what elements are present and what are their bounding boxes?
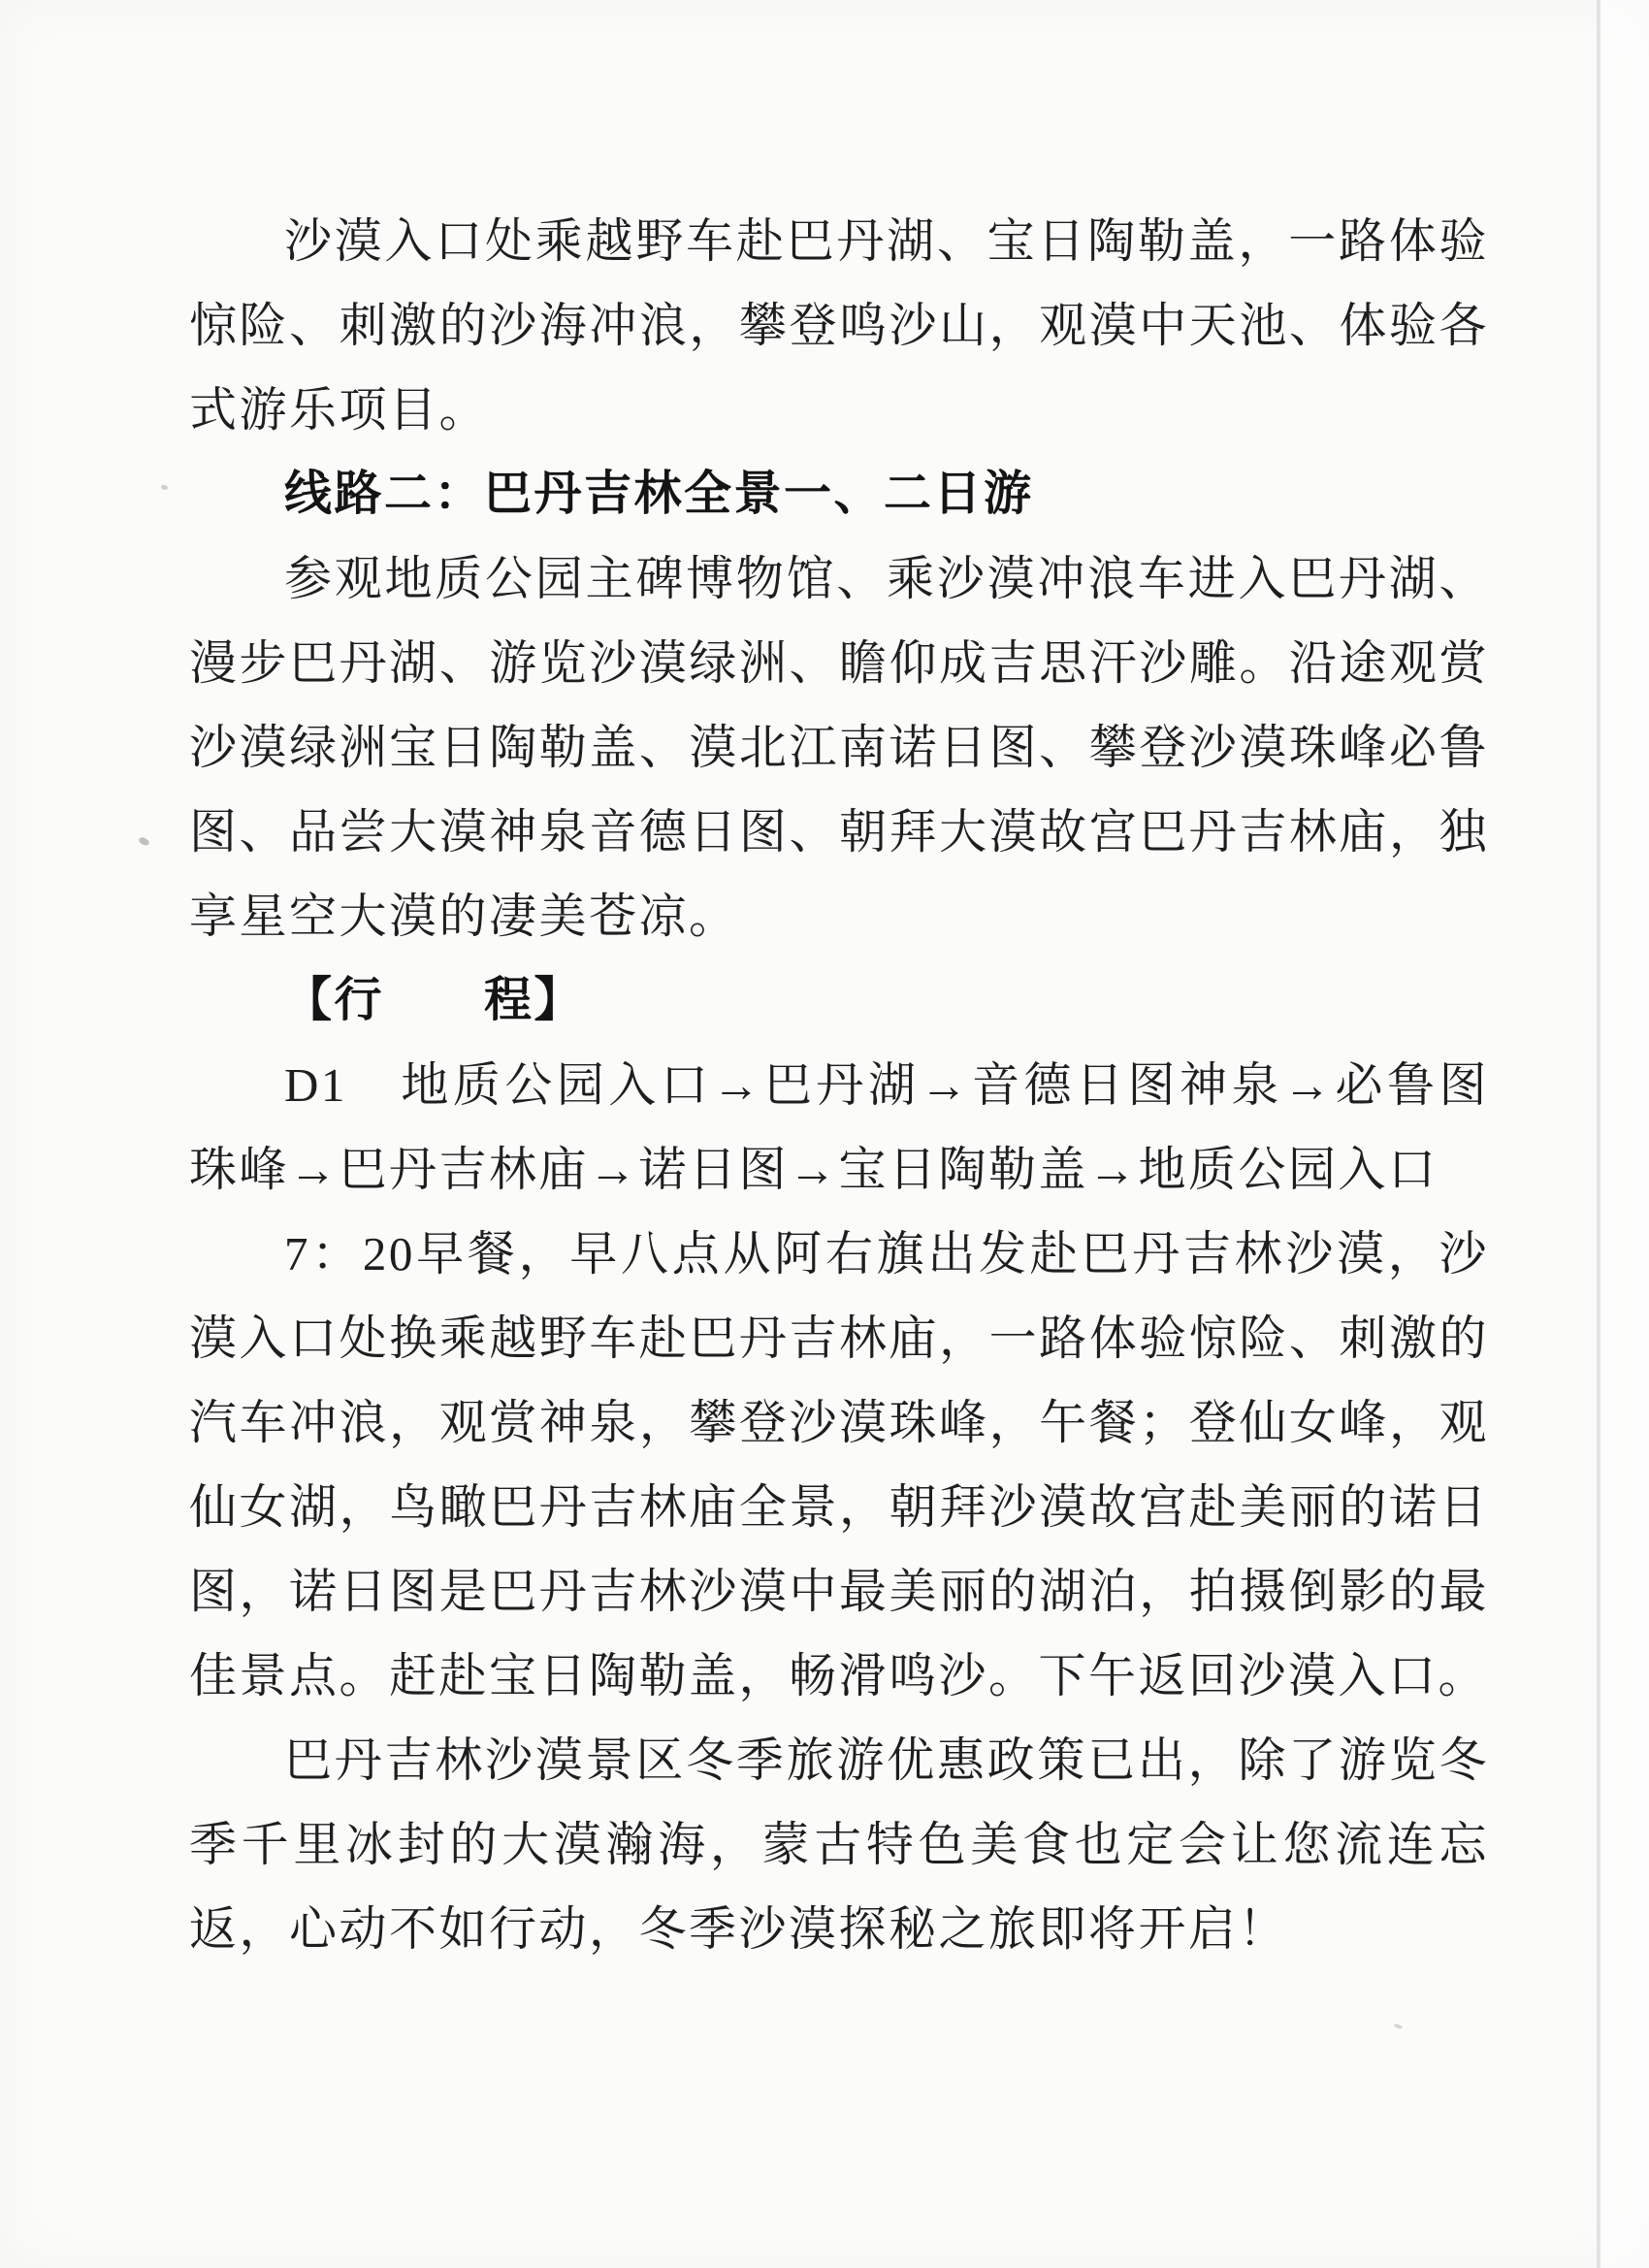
paragraph-route1-activities: 沙漠入口处乘越野车赴巴丹湖、宝日陶勒盖，一路体验惊险、刺激的沙海冲浪，攀登鸣沙山… (189, 199, 1489, 452)
heading-itinerary: 【行 程】 (189, 958, 1489, 1043)
paragraph-day1-schedule: 7：20早餐，早八点从阿右旗出发赴巴丹吉林沙漠，沙漠入口处换乘越野车赴巴丹吉林庙… (189, 1212, 1489, 1718)
scan-edge-highlight (1600, 0, 1649, 2268)
scan-edge-line (1597, 0, 1600, 2268)
heading-route2-title: 线路二：巴丹吉林全景一、二日游 (189, 452, 1489, 536)
scan-speck (160, 484, 168, 491)
paragraph-route2-overview: 参观地质公园主碑博物馆、乘沙漠冲浪车进入巴丹湖、漫步巴丹湖、游览沙漠绿洲、瞻仰成… (189, 536, 1489, 958)
scanned-page: 沙漠入口处乘越野车赴巴丹湖、宝日陶勒盖，一路体验惊险、刺激的沙海冲浪，攀登鸣沙山… (0, 0, 1649, 2268)
scan-speck (1394, 2023, 1404, 2029)
paragraph-itinerary-day1-route: D1 地质公园入口→巴丹湖→音德日图神泉→必鲁图珠峰→巴丹吉林庙→诺日图→宝日陶… (189, 1043, 1489, 1212)
document-body: 沙漠入口处乘越野车赴巴丹湖、宝日陶勒盖，一路体验惊险、刺激的沙海冲浪，攀登鸣沙山… (189, 199, 1489, 1971)
paragraph-winter-promotion: 巴丹吉林沙漠景区冬季旅游优惠政策已出，除了游览冬季千里冰封的大漠瀚海，蒙古特色美… (189, 1718, 1489, 1971)
scan-speck (138, 835, 150, 847)
